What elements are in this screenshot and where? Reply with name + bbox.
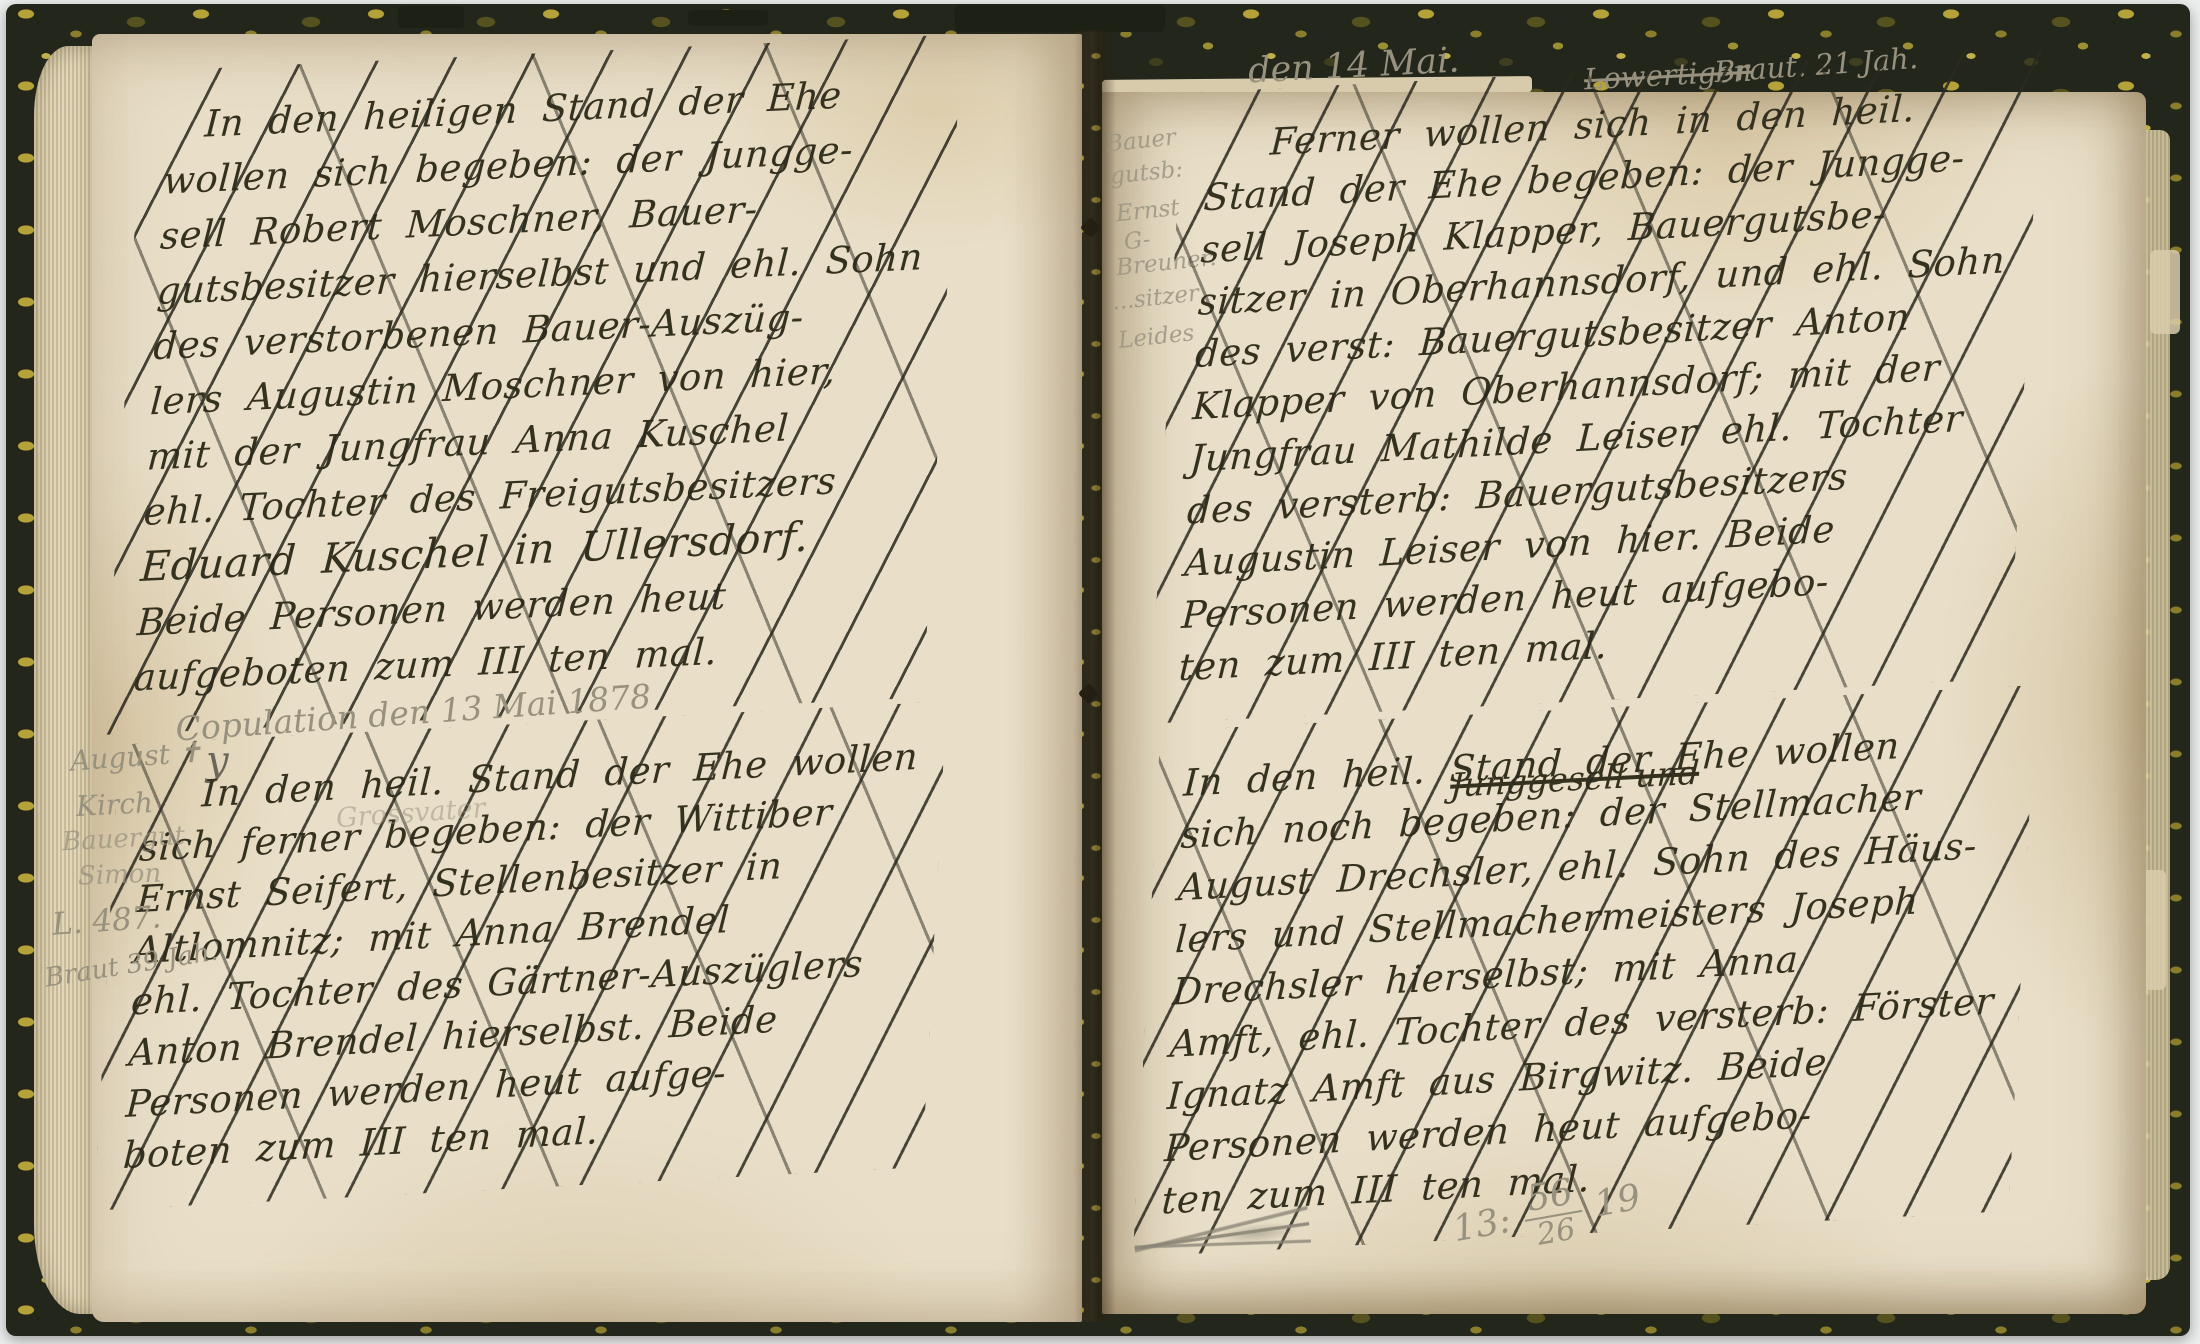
cover-torn-tab bbox=[688, 10, 768, 26]
margin-note-bauergut: Bauergut bbox=[61, 821, 185, 857]
banns-entry-drechsler-amft: Junggesell und In den heil. Stand der Eh… bbox=[1160, 714, 2009, 1227]
pencil-number-fraction: 56 26 bbox=[1518, 1172, 1587, 1252]
banns-entry-seifert-brendel: In den heil. Stand der Ehe wollen sich f… bbox=[122, 731, 920, 1181]
page-edge-stack-left bbox=[34, 46, 96, 1314]
margin-note-reference-number: L. 487. bbox=[51, 899, 163, 943]
banns-entry-klapper-leiser: Ferner wollen sich in den heil. Stand de… bbox=[1178, 78, 2015, 695]
cover-torn-tab bbox=[398, 6, 464, 28]
margin-note-kirch: Kirch bbox=[75, 786, 154, 823]
banns-entry-moschner-kuschel: In den heiligen Stand der Ehe wollen sic… bbox=[132, 63, 934, 705]
cover-torn-tab bbox=[955, 4, 1165, 32]
margin-note-simon: Simon bbox=[78, 859, 162, 892]
torn-cover-paper-bit bbox=[2150, 250, 2180, 334]
fraction-denominator: 26 bbox=[1535, 1213, 1578, 1251]
scanned-register-photo: { "document_type": "Kirchliches Aufgebot… bbox=[0, 0, 2200, 1344]
pencil-number-prefix: 13: bbox=[1450, 1200, 1514, 1250]
pencil-number-suffix: 19 bbox=[1591, 1177, 1643, 1225]
